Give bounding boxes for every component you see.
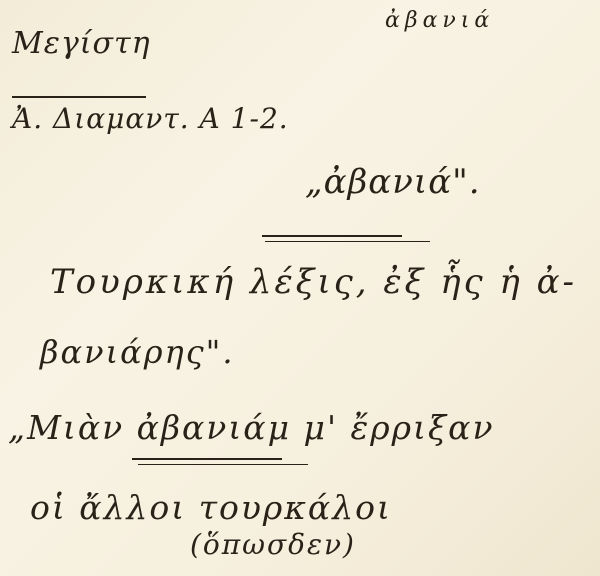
source-reference: Ἀ. Διαμαντ. Α 1-2.	[12, 102, 289, 135]
top-right-note: ἀβανιά	[385, 8, 494, 33]
parenthetical-note: (ὅπωσδεν)	[190, 528, 356, 561]
header-word: Μεγίστη	[12, 26, 151, 61]
header-underline	[12, 96, 146, 98]
title-underline-top	[262, 235, 402, 237]
entry-title: „ἀβανιά".	[305, 162, 481, 202]
quote-underline-top	[132, 458, 282, 460]
title-underline-bottom	[265, 241, 430, 242]
quote-underline-bottom	[138, 464, 308, 465]
manuscript-page: Μεγίστη ἀβανιά Ἀ. Διαμαντ. Α 1-2. „ἀβανι…	[0, 0, 600, 576]
quote-line-2: οἱ ἄλλοι τουρκάλοι	[30, 488, 392, 527]
definition-line-2: βανιάρης".	[40, 333, 235, 371]
definition-line-1: Τουρκική λέξις, ἐξ ἧς ἡ ἀ-	[50, 262, 577, 302]
quote-line-1: „Μιὰν ἀβανιάμ μ' ἔρριξαν	[8, 408, 495, 447]
